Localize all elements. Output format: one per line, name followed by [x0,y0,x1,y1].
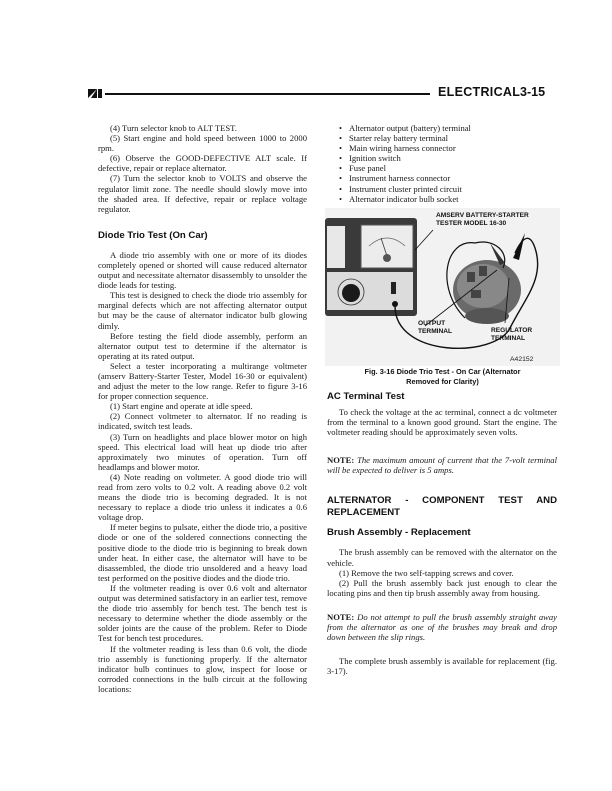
step-paragraph: (1) Remove the two self-tapping screws a… [327,568,557,578]
body-paragraph: This test is designed to check the diode… [98,290,307,330]
list-item: Alternator output (battery) terminal [339,123,557,133]
ac-terminal-heading: AC Terminal Test [327,391,557,403]
step-paragraph: (7) Turn the selector knob to VOLTS and … [98,173,307,213]
callout-tester: AMSERV BATTERY-STARTER TESTER MODEL 16-3… [436,212,529,228]
step-paragraph: (1) Start engine and operate at idle spe… [98,401,307,411]
step-paragraph: (2) Pull the brush assembly back just en… [327,578,557,598]
body-paragraph: If meter begins to pulsate, either the d… [98,522,307,583]
right-column-top: Alternator output (battery) terminal Sta… [327,123,557,204]
step-paragraph: (4) Turn selector knob to ALT TEST. [98,123,307,133]
diode-trio-heading: Diode Trio Test (On Car) [98,230,307,242]
right-column-bottom: AC Terminal Test To check the voltage at… [327,391,557,676]
list-item: Fuse panel [339,163,557,173]
list-item: Starter relay battery terminal [339,133,557,143]
callout-output-terminal: OUTPUT TERMINAL [418,320,452,336]
step-paragraph: (5) Start engine and hold speed between … [98,133,307,153]
body-paragraph: Before testing the field diode assembly,… [98,331,307,361]
step-paragraph: (2) Connect voltmeter to alternator. If … [98,411,307,431]
step-paragraph: (4) Note reading on voltmeter. A good di… [98,472,307,522]
list-item: Instrument cluster printed circuit [339,184,557,194]
page-header: ELECTRICAL 3-15 [88,85,556,101]
pentastar-logo-icon [88,89,102,98]
note-label: NOTE: [327,612,354,622]
callout-regulator-terminal: REGULATOR TERMINAL [491,327,532,343]
note-label: NOTE: [327,455,354,465]
brush-assembly-heading: Brush Assembly - Replacement [327,527,557,539]
step-paragraph: (6) Observe the GOOD-DEFECTIVE ALT scale… [98,153,307,173]
note-text: Do not attempt to pull the brush assembl… [327,612,557,642]
body-paragraph: A diode trio assembly with one or more o… [98,250,307,290]
section-title: ELECTRICAL [438,85,520,99]
step-paragraph: (3) Turn on headlights and place blower … [98,432,307,472]
page-number: 3-15 [520,85,545,99]
list-item: Ignition switch [339,153,557,163]
body-paragraph: The brush assembly can be removed with t… [327,547,557,567]
note-paragraph: NOTE: Do not attempt to pull the brush a… [327,612,557,642]
figure-caption: Fig. 3-16 Diode Trio Test - On Car (Alte… [330,367,555,387]
note-text: The maximum amount of current that the 7… [327,455,557,475]
list-item: Alternator indicator bulb socket [339,194,557,204]
body-paragraph: If the voltmeter reading is less than 0.… [98,644,307,694]
body-paragraph: The complete brush assembly is available… [327,656,557,676]
figure-id: A42152 [510,356,533,363]
left-column: (4) Turn selector knob to ALT TEST. (5) … [98,123,307,694]
list-item: Main wiring harness connector [339,143,557,153]
location-list: Alternator output (battery) terminal Sta… [327,123,557,204]
section-heading: ALTERNATOR - COMPONENT TEST AND REPLACEM… [327,495,557,519]
note-paragraph: NOTE: The maximum amount of current that… [327,455,557,475]
header-rule [105,93,430,95]
list-item: Instrument harness connector [339,173,557,183]
body-paragraph: Select a tester incorporating a multiran… [98,361,307,401]
body-paragraph: To check the voltage at the ac terminal,… [327,407,557,437]
body-paragraph: If the voltmeter reading is over 0.6 vol… [98,583,307,644]
